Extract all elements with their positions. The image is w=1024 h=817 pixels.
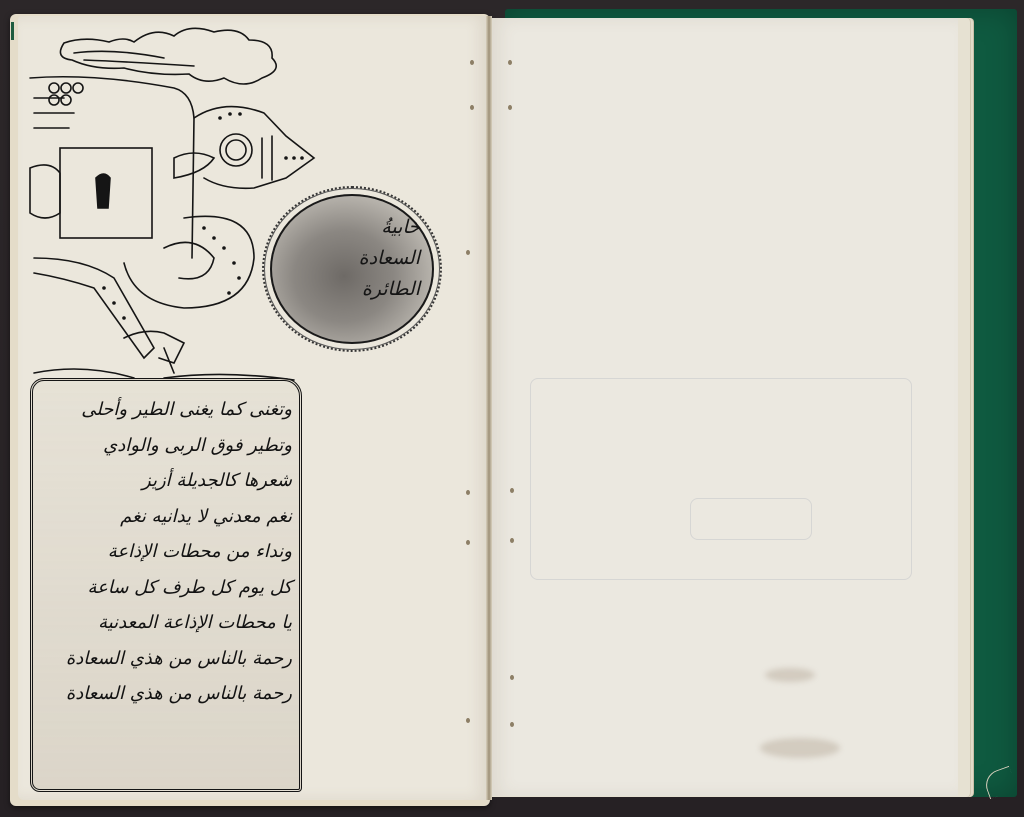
stitch-hole <box>510 722 514 727</box>
stitch-hole <box>470 60 474 65</box>
poem-line: وتغنى كما يغنى الطير وأحلى <box>36 392 292 428</box>
stitch-hole <box>510 488 514 493</box>
right-page <box>490 18 958 796</box>
poem-line: كل يوم كل طرف كل ساعة <box>36 570 292 606</box>
poem-line: نغم معدني لا يدانيه نغم <box>36 499 292 535</box>
stitch-hole <box>508 60 512 65</box>
stitch-hole <box>466 490 470 495</box>
stitch-hole <box>510 538 514 543</box>
poem-line: رحمة بالناس من هذي السعادة <box>36 641 292 677</box>
stitch-hole <box>466 540 470 545</box>
stitch-hole <box>510 675 514 680</box>
poem-line: يا محطات الإذاعة المعدنية <box>36 605 292 641</box>
poem-line: ونداء من محطات الإذاعة <box>36 534 292 570</box>
coin-label: خابيةُ السعادة الطائرة <box>290 212 420 305</box>
cloud-icon <box>60 28 276 84</box>
stitch-hole <box>470 105 474 110</box>
coin-label-line: السعادة <box>290 243 420 274</box>
show-through-sketch <box>530 378 912 580</box>
book-gutter <box>486 16 492 800</box>
ink-stain <box>760 738 840 758</box>
mechanical-bird-illustration <box>24 18 324 388</box>
stitch-hole <box>508 105 512 110</box>
poem-line: رحمة بالناس من هذي السعادة <box>36 676 292 712</box>
poem-line: وتطير فوق الربى والوادي <box>36 428 292 464</box>
stitch-hole <box>466 718 470 723</box>
stitch-hole <box>466 250 470 255</box>
cover-sliver-left <box>11 22 14 40</box>
ink-stain <box>765 668 815 682</box>
coin-label-line: خابيةُ <box>290 212 420 243</box>
handwritten-poem: وتغنى كما يغنى الطير وأحلى وتطير فوق الر… <box>36 392 292 712</box>
poem-line: شعرها كالجديلة أزيز <box>36 463 292 499</box>
show-through-sketch <box>690 498 812 540</box>
radio-robot-icon <box>30 77 194 258</box>
coin-label-line: الطائرة <box>290 274 420 305</box>
